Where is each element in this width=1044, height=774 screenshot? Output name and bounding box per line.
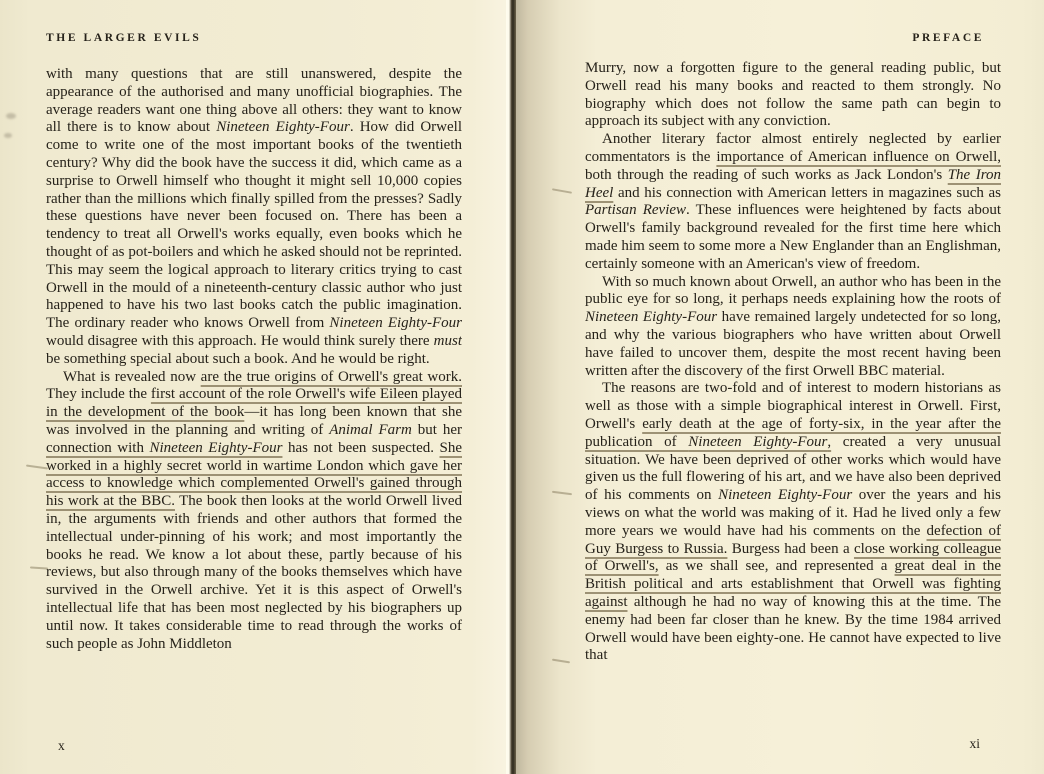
book-spread: THE LARGER EVILS with many questions tha… [0, 0, 1044, 774]
text-segment: Nineteen Eighty-Four [585, 309, 717, 325]
text-segment: Partisan Review [585, 202, 686, 218]
paragraph: The reasons are two-fold and of interest… [585, 380, 1001, 665]
text-segment: Nineteen Eighty-Four [329, 315, 462, 331]
paragraph: with many questions that are still unans… [46, 66, 462, 369]
text-segment: both through the reading of such works a… [585, 167, 948, 183]
text-segment: although he had no way of knowing this a… [585, 594, 1001, 663]
right-page: PREFACE Murry, now a forgotten figure to… [512, 0, 1044, 774]
text-segment: With so much known about Orwell, an auth… [585, 274, 1001, 308]
paragraph: With so much known about Orwell, an auth… [585, 274, 1001, 381]
text-segment: must [434, 333, 462, 349]
left-running-head: THE LARGER EVILS [46, 32, 201, 44]
text-segment: What is revealed now [63, 369, 201, 385]
left-page-number: x [58, 738, 65, 754]
paragraph: What is revealed now are the true origin… [46, 369, 462, 654]
text-segment: Nineteen Eighty-Four [216, 119, 350, 135]
text-segment: has not been suspected. [282, 440, 439, 456]
pencil-underlined-text: importance of American influence on Orwe… [716, 149, 1001, 165]
pencil-underlined-text: connection with [46, 440, 149, 456]
text-segment: would disagree with this approach. He wo… [46, 333, 434, 349]
text-segment: They include the [46, 386, 151, 402]
left-page-text: with many questions that are still unans… [46, 66, 462, 714]
text-segment: Burgess had been a [727, 541, 854, 557]
pencil-underlined-text: Nineteen Eighty-Four [688, 434, 827, 450]
pencil-underlined-text: Nineteen Eighty-Four [149, 440, 282, 456]
text-segment: Murry, now a forgotten figure to the gen… [585, 60, 1001, 129]
paragraph: Murry, now a forgotten figure to the gen… [585, 60, 1001, 131]
pencil-underlined-text: are the true origins of Orwell's great w… [201, 369, 462, 385]
left-page: THE LARGER EVILS with many questions tha… [0, 0, 512, 774]
right-page-text: Murry, now a forgotten figure to the gen… [585, 60, 1001, 714]
pencil-smudge [6, 113, 16, 119]
text-segment: as we shall see, and represented a [659, 558, 895, 574]
text-segment: The book then looks at the world Orwell … [46, 493, 462, 651]
text-segment: Nineteen Eighty-Four [718, 487, 852, 503]
right-page-number: xi [969, 736, 980, 752]
right-running-head: PREFACE [912, 32, 984, 44]
paragraph: Another literary factor almost entirely … [585, 131, 1001, 273]
text-segment: Animal Farm [329, 422, 412, 438]
pencil-smudge [4, 133, 12, 138]
text-segment: be something special about such a book. … [46, 351, 430, 367]
text-segment: . How did Orwell come to write one of th… [46, 119, 462, 331]
text-segment: and his connection with American letters… [613, 185, 1001, 201]
book-gutter-shadow [506, 0, 516, 774]
text-segment: but her [412, 422, 462, 438]
